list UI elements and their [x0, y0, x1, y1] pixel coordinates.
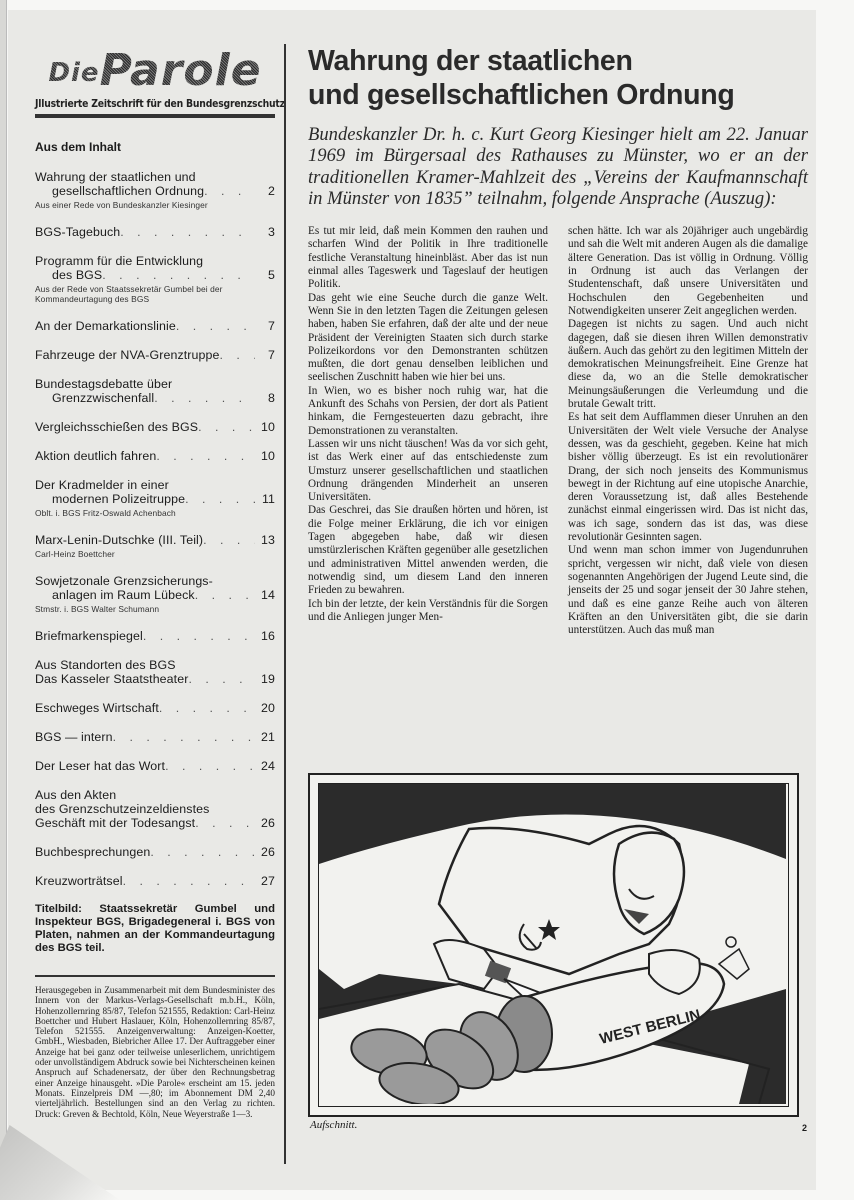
- logo-parole: Parole: [100, 45, 262, 96]
- toc-item-entry: gesellschaftlichen Ordnung . . . . . . .…: [35, 184, 275, 198]
- toc-page-number: 21: [255, 730, 275, 744]
- toc-leader-dots: . . . . . . . . . . . . . . . . . . . .: [195, 588, 255, 602]
- page-number: 2: [802, 1123, 807, 1133]
- toc-item-title: Grenzzwischenfall: [52, 391, 154, 405]
- toc-leader-dots: . . . . . . . . . . . . . . . . . . . .: [102, 268, 255, 282]
- toc-page-number: 5: [255, 268, 275, 282]
- toc-item[interactable]: Vergleichsschießen des BGS . . . . . . .…: [35, 420, 275, 434]
- toc-item-entry: Buchbesprechungen . . . . . . . . . . . …: [35, 845, 275, 859]
- toc-item-subtitle: Aus einer Rede von Bundeskanzler Kiesing…: [35, 200, 275, 210]
- toc-item-title: des BGS: [52, 268, 102, 282]
- toc-leader-dots: . . . . . . . . . . . . . . . . . . . .: [120, 225, 255, 239]
- toc-page-number: 3: [255, 225, 275, 239]
- toc-item[interactable]: Kreuzworträtsel . . . . . . . . . . . . …: [35, 874, 275, 888]
- toc-item-entry: Eschweges Wirtschaft . . . . . . . . . .…: [35, 701, 275, 715]
- toc-leader-dots: . . . . . . . . . . . . . . . . . . . .: [220, 348, 256, 362]
- toc-item-subtitle: Carl-Heinz Boettcher: [35, 549, 275, 559]
- article-paragraph: Und wenn man schon immer von Jugendunruh…: [568, 544, 808, 637]
- impressum-rule: [35, 975, 275, 977]
- toc-item-title: An der Demarkationslinie: [35, 319, 176, 333]
- cartoon-caption: Aufschnitt.: [310, 1119, 357, 1131]
- toc-leader-dots: . . . . . . . . . . . . . . . . . . . .: [188, 672, 255, 686]
- toc-item-title-line: Bundestagsdebatte über: [35, 377, 275, 391]
- article-paragraph: Lassen wir uns nicht täuschen! Was da vo…: [308, 438, 548, 504]
- impressum: Herausgegeben in Zusammenarbeit mit dem …: [35, 985, 275, 1119]
- toc-page-number: 26: [255, 845, 275, 859]
- toc-page-number: 13: [255, 533, 275, 547]
- sidebar: DieParole Jllustrierte Zeitschrift für d…: [35, 50, 275, 1119]
- toc-item-subtitle: Stmstr. i. BGS Walter Schumann: [35, 604, 275, 614]
- toc-item-title: Aktion deutlich fahren: [35, 449, 156, 463]
- toc-item[interactable]: Eschweges Wirtschaft . . . . . . . . . .…: [35, 701, 275, 715]
- toc-item-entry: BGS — intern . . . . . . . . . . . . . .…: [35, 730, 275, 744]
- toc-item-title: BGS — intern: [35, 730, 113, 744]
- toc-leader-dots: . . . . . . . . . . . . . . . . . . . .: [198, 420, 255, 434]
- scan-margin: [818, 0, 854, 1200]
- toc-item-title: modernen Polizeitruppe: [52, 492, 185, 506]
- toc-item[interactable]: Fahrzeuge der NVA-Grenztruppe . . . . . …: [35, 348, 275, 362]
- article-paragraph: Es hat seit dem Aufflammen dieser Unruhe…: [568, 411, 808, 544]
- toc-page-number: 7: [255, 348, 275, 362]
- toc-item-entry: Fahrzeuge der NVA-Grenztruppe . . . . . …: [35, 348, 275, 362]
- toc-item-title: BGS-Tagebuch: [35, 225, 120, 239]
- article-paragraph: Es tut mir leid, daß mein Kommen den rau…: [308, 225, 548, 291]
- toc-item-title-line: Der Kradmelder in einer: [35, 478, 275, 492]
- toc-leader-dots: . . . . . . . . . . . . . . . . . . . .: [204, 184, 255, 198]
- toc-item-title-line: Aus Standorten des BGS: [35, 658, 275, 672]
- article-paragraph: schen hätte. Ich war als 20jähriger auch…: [568, 225, 808, 318]
- article-headline: Wahrung der staatlichen und gesellschaft…: [308, 44, 808, 112]
- toc-item-title-line: Programm für die Entwicklung: [35, 254, 275, 268]
- toc-item-entry: anlagen im Raum Lübeck . . . . . . . . .…: [35, 588, 275, 602]
- article-body: Es tut mir leid, daß mein Kommen den rau…: [308, 225, 808, 637]
- toc-leader-dots: . . . . . . . . . . . . . . . . . . . .: [165, 759, 255, 773]
- toc-item-entry: Marx-Lenin-Dutschke (III. Teil) . . . . …: [35, 533, 275, 547]
- cartoon-illustration: WEST BERLIN: [308, 773, 799, 1117]
- toc-page-number: 7: [255, 319, 275, 333]
- article-paragraph: Das geht wie eine Seuche durch die ganze…: [308, 292, 548, 385]
- toc-item[interactable]: Aktion deutlich fahren . . . . . . . . .…: [35, 449, 275, 463]
- toc-item-entry: des BGS . . . . . . . . . . . . . . . . …: [35, 268, 275, 282]
- toc-page-number: 16: [255, 629, 275, 643]
- toc-page-number: 20: [255, 701, 275, 715]
- toc-leader-dots: . . . . . . . . . . . . . . . . . . . .: [203, 533, 255, 547]
- toc-item-entry: Der Leser hat das Wort . . . . . . . . .…: [35, 759, 275, 773]
- article-paragraph: Ich bin der letzte, der kein Verständnis…: [308, 598, 548, 625]
- toc-item-title-line: Sowjetzonale Grenzsicherungs-: [35, 574, 275, 588]
- toc-item[interactable]: BGS-Tagebuch . . . . . . . . . . . . . .…: [35, 225, 275, 239]
- toc-item-title-line: Aus den Akten: [35, 788, 275, 802]
- toc-item-entry: Grenzzwischenfall . . . . . . . . . . . …: [35, 391, 275, 405]
- toc-list: Wahrung der staatlichen undgesellschaftl…: [35, 170, 275, 888]
- toc-item[interactable]: Wahrung der staatlichen undgesellschaftl…: [35, 170, 275, 210]
- toc-item-title: Geschäft mit der Todesangst: [35, 816, 195, 830]
- toc-page-number: 10: [255, 449, 275, 463]
- article-column-2: schen hätte. Ich war als 20jähriger auch…: [568, 225, 808, 637]
- toc-item-entry: Vergleichsschießen des BGS . . . . . . .…: [35, 420, 275, 434]
- toc-page-number: 10: [255, 420, 275, 434]
- toc-item[interactable]: Briefmarkenspiegel . . . . . . . . . . .…: [35, 629, 275, 643]
- toc-item-entry: Das Kasseler Staatstheater . . . . . . .…: [35, 672, 275, 686]
- toc-leader-dots: . . . . . . . . . . . . . . . . . . . .: [113, 730, 255, 744]
- toc-item[interactable]: Bundestagsdebatte überGrenzzwischenfall …: [35, 377, 275, 405]
- headline-line-2: und gesellschaftlichen Ordnung: [308, 79, 734, 111]
- masthead-subtitle: Jllustrierte Zeitschrift für den Bundesg…: [35, 98, 275, 110]
- article-paragraph: Das Geschrei, das Sie draußen hörten und…: [308, 504, 548, 597]
- toc-item-entry: BGS-Tagebuch . . . . . . . . . . . . . .…: [35, 225, 275, 239]
- toc-item-title: anlagen im Raum Lübeck: [52, 588, 195, 602]
- toc-item[interactable]: Der Kradmelder in einermodernen Polizeit…: [35, 478, 275, 518]
- toc-item[interactable]: An der Demarkationslinie . . . . . . . .…: [35, 319, 275, 333]
- toc-item-title: Marx-Lenin-Dutschke (III. Teil): [35, 533, 203, 547]
- toc-heading: Aus dem Inhalt: [35, 140, 275, 154]
- article-paragraph: In Wien, wo es bisher noch ruhig war, ha…: [308, 385, 548, 438]
- toc-leader-dots: . . . . . . . . . . . . . . . . . . . .: [159, 701, 255, 715]
- toc-item-title: Fahrzeuge der NVA-Grenztruppe: [35, 348, 220, 362]
- page-binding-edge: [0, 0, 7, 1200]
- article-column-1: Es tut mir leid, daß mein Kommen den rau…: [308, 225, 548, 637]
- toc-item-title: Kreuzworträtsel: [35, 874, 123, 888]
- toc-page-number: 2: [255, 184, 275, 198]
- toc-item-subtitle: Oblt. i. BGS Fritz-Oswald Achenbach: [35, 508, 275, 518]
- toc-page-number: 27: [255, 874, 275, 888]
- toc-item-entry: Briefmarkenspiegel . . . . . . . . . . .…: [35, 629, 275, 643]
- toc-item-entry: Kreuzworträtsel . . . . . . . . . . . . …: [35, 874, 275, 888]
- headline-line-1: Wahrung der staatlichen: [308, 45, 633, 77]
- toc-item-title: Buchbesprechungen: [35, 845, 150, 859]
- toc-page-number: 14: [255, 588, 275, 602]
- toc-item[interactable]: Programm für die Entwicklungdes BGS . . …: [35, 254, 275, 304]
- toc-item-entry: modernen Polizeitruppe . . . . . . . . .…: [35, 492, 275, 506]
- toc-item-title: Vergleichsschießen des BGS: [35, 420, 198, 434]
- toc-item-title: gesellschaftlichen Ordnung: [52, 184, 204, 198]
- toc-item-title-line: Wahrung der staatlichen und: [35, 170, 275, 184]
- toc-item-title: Eschweges Wirtschaft: [35, 701, 159, 715]
- cover-caption: Titelbild: Staatssekretär Gumbel und Ins…: [35, 903, 275, 955]
- article-lead: Bundeskanzler Dr. h. c. Kurt Georg Kiesi…: [308, 124, 808, 209]
- toc-leader-dots: . . . . . . . . . . . . . . . . . . . .: [156, 449, 255, 463]
- toc-page-number: 24: [255, 759, 275, 773]
- article-paragraph: Dagegen ist nichts zu sagen. Und auch ni…: [568, 318, 808, 411]
- toc-item[interactable]: Aus den Aktendes Grenzschutzeinzeldienst…: [35, 788, 275, 830]
- toc-item-title: Briefmarkenspiegel: [35, 629, 143, 643]
- toc-item[interactable]: Sowjetzonale Grenzsicherungs-anlagen im …: [35, 574, 275, 614]
- masthead-rule: [35, 114, 275, 118]
- toc-item[interactable]: Der Leser hat das Wort . . . . . . . . .…: [35, 759, 275, 773]
- toc-item-entry: Aktion deutlich fahren . . . . . . . . .…: [35, 449, 275, 463]
- toc-item-entry: Geschäft mit der Todesangst . . . . . . …: [35, 816, 275, 830]
- toc-item[interactable]: Aus Standorten des BGSDas Kasseler Staat…: [35, 658, 275, 686]
- toc-leader-dots: . . . . . . . . . . . . . . . . . . . .: [143, 629, 255, 643]
- toc-item[interactable]: Buchbesprechungen . . . . . . . . . . . …: [35, 845, 275, 859]
- cartoon-frame: WEST BERLIN: [318, 783, 789, 1107]
- toc-leader-dots: . . . . . . . . . . . . . . . . . . . .: [176, 319, 255, 333]
- toc-item-title: Der Leser hat das Wort: [35, 759, 165, 773]
- toc-leader-dots: . . . . . . . . . . . . . . . . . . . .: [123, 874, 255, 888]
- column-divider: [284, 44, 286, 1164]
- toc-leader-dots: . . . . . . . . . . . . . . . . . . . .: [195, 816, 255, 830]
- toc-item-title-line: des Grenzschutzeinzeldienstes: [35, 802, 275, 816]
- article: Wahrung der staatlichen und gesellschaft…: [308, 44, 808, 637]
- toc-page-number: 26: [255, 816, 275, 830]
- toc-page-number: 19: [255, 672, 275, 686]
- toc-item-title: Das Kasseler Staatstheater: [35, 672, 188, 686]
- toc-item[interactable]: BGS — intern . . . . . . . . . . . . . .…: [35, 730, 275, 744]
- masthead-logo: DieParole: [35, 50, 275, 92]
- logo-die: Die: [48, 58, 99, 88]
- cartoon-drawing: WEST BERLIN: [319, 784, 786, 1104]
- toc-leader-dots: . . . . . . . . . . . . . . . . . . . .: [150, 845, 255, 859]
- toc-item-entry: An der Demarkationslinie . . . . . . . .…: [35, 319, 275, 333]
- toc-item-subtitle: Aus der Rede von Staatssekretär Gumbel b…: [35, 284, 275, 304]
- toc-leader-dots: . . . . . . . . . . . . . . . . . . . .: [185, 492, 255, 506]
- toc-page-number: 8: [255, 391, 275, 405]
- toc-page-number: 11: [255, 492, 275, 506]
- toc-item[interactable]: Marx-Lenin-Dutschke (III. Teil) . . . . …: [35, 533, 275, 559]
- toc-leader-dots: . . . . . . . . . . . . . . . . . . . .: [154, 391, 255, 405]
